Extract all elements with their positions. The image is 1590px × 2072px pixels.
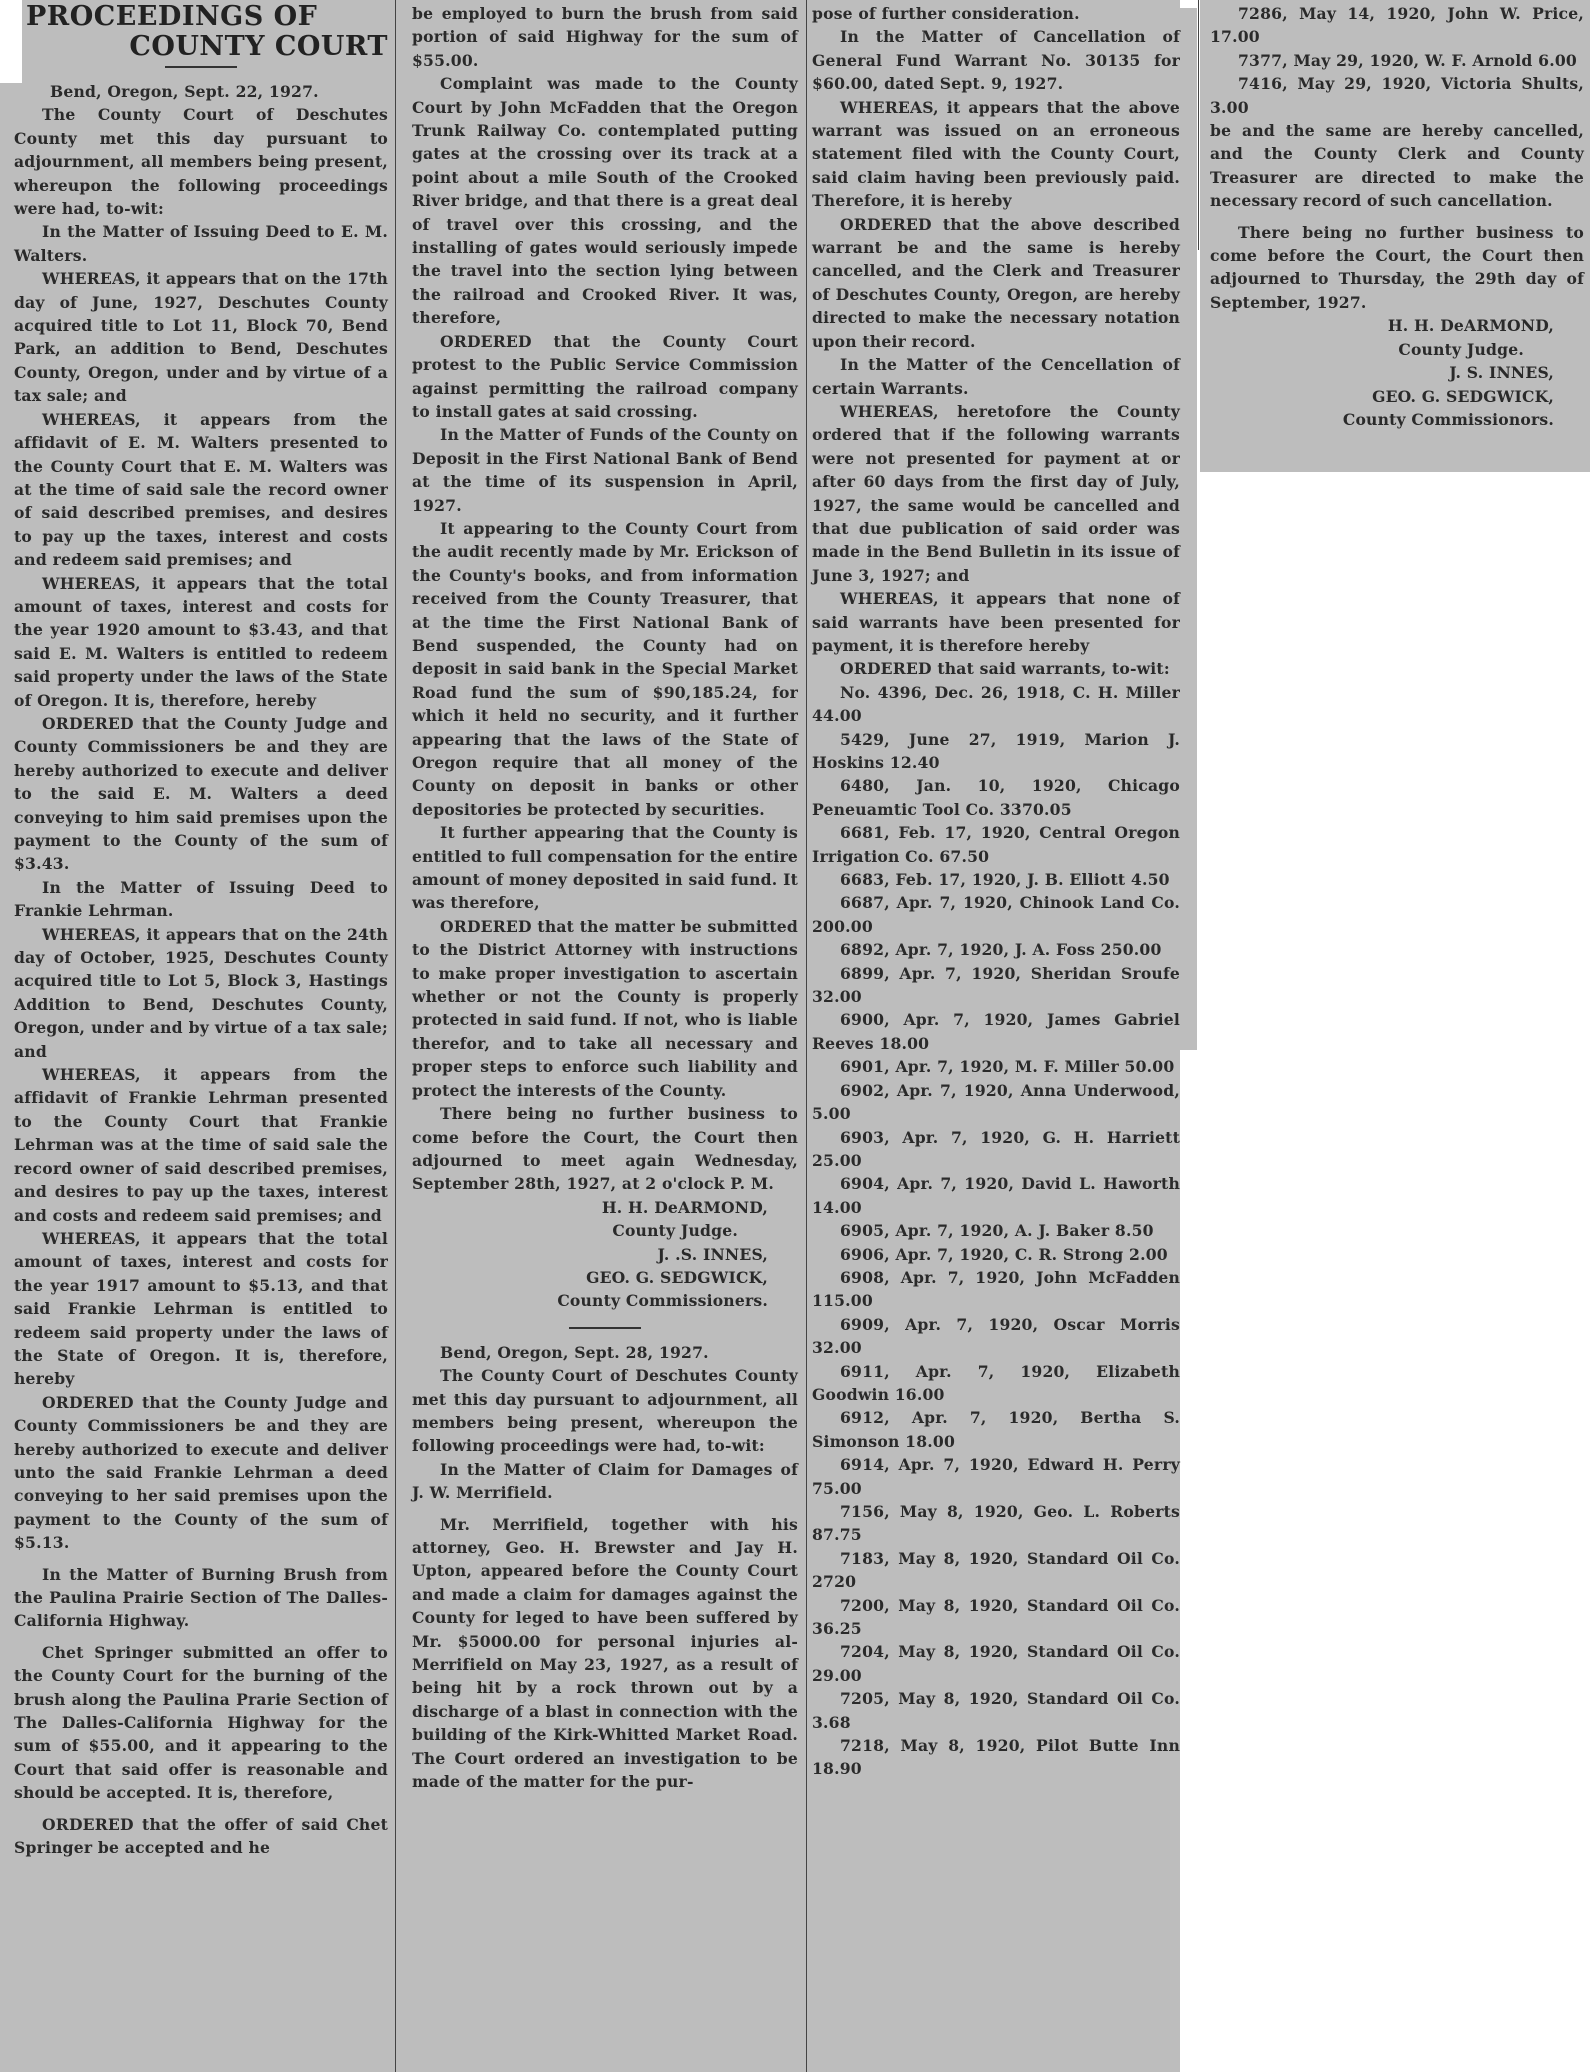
paragraph: ORDERED that the County Judge and County… [14, 1391, 388, 1555]
warrant-entry: 6480, Jan. 10, 1920, Chicago Peneuamtic … [812, 774, 1180, 821]
warrant-entry: 7416, May 29, 1920, Victoria Shults, 3.0… [1210, 72, 1584, 119]
matter-heading: In the Matter of Funds of the County on … [412, 423, 798, 517]
warrant-entry: 7204, May 8, 1920, Standard Oil Co. 29.0… [812, 1640, 1180, 1687]
signature-judge: H. H. DeARMOND, [412, 1196, 798, 1219]
warrant-entry: 6912, Apr. 7, 1920, Bertha S. Simonson 1… [812, 1406, 1180, 1453]
paragraph: ORDERED that said warrants, to-wit: [812, 657, 1180, 680]
paragraph: Chet Springer submitted an offer to the … [14, 1641, 388, 1805]
paragraph: pose of further consideration. [812, 2, 1180, 25]
signature-judge-title: County Judge. [1210, 338, 1584, 361]
warrant-entry: 6683, Feb. 17, 1920, J. B. Elliott 4.50 [812, 868, 1180, 891]
column-rule [806, 0, 807, 2072]
warrant-entry: 6899, Apr. 7, 1920, Sheridan Sroufe 32.0… [812, 962, 1180, 1009]
signature-commissioner-2: GEO. G. SEDGWICK, [412, 1266, 798, 1289]
warrant-entry: 7183, May 8, 1920, Standard Oil Co. 2720 [812, 1547, 1180, 1594]
signature-commissioners-title: County Commissioners. [412, 1289, 798, 1312]
warrant-entry: 7200, May 8, 1920, Standard Oil Co. 36.2… [812, 1594, 1180, 1641]
warrant-entry: 6901, Apr. 7, 1920, M. F. Miller 50.00 [812, 1055, 1180, 1078]
warrant-entry: 6903, Apr. 7, 1920, G. H. Harriett 25.00 [812, 1126, 1180, 1173]
white-notch-right [1180, 1050, 1200, 2072]
signature-commissioners-title: County Commissionors. [1210, 408, 1584, 431]
paragraph: ORDERED that the offer of said Chet Spri… [14, 1813, 388, 1860]
warrant-list: No. 4396, Dec. 26, 1918, C. H. Miller 44… [812, 681, 1180, 1781]
paragraph: It further appearing that the County is … [412, 821, 798, 915]
warrant-entry: 7377, May 29, 1920, W. F. Arnold 6.00 [1210, 49, 1584, 72]
warrant-entry: 6908, Apr. 7, 1920, John McFadden 115.00 [812, 1266, 1180, 1313]
article-column-2: be employed to burn the brush from said … [412, 2, 798, 1793]
paragraph: It appearing to the County Court from th… [412, 517, 798, 821]
paragraph: WHEREAS, it appears that the total amoun… [14, 572, 388, 712]
paragraph: There being no further business to come … [412, 1102, 798, 1196]
matter-heading: In the Matter of the Cencellation of cer… [812, 353, 1180, 400]
section-rule [569, 1327, 641, 1329]
article-column-3: pose of further consideration. In the Ma… [812, 2, 1180, 1781]
signature-judge: H. H. DeARMOND, [1210, 314, 1584, 337]
paragraph: WHEREAS, it appears that the above warra… [812, 96, 1180, 213]
column-rule [395, 0, 396, 2072]
warrant-entry: 6687, Apr. 7, 1920, Chinook Land Co. 200… [812, 891, 1180, 938]
warrant-entry: 5429, June 27, 1919, Marion J. Hoskins 1… [812, 728, 1180, 775]
matter-heading: In the Matter of Issuing Deed to Frankie… [14, 876, 388, 923]
paragraph: ORDERED that the matter be submitted to … [412, 915, 798, 1102]
signature-commissioner-1: J. S. INNES, [1210, 361, 1584, 384]
article-column-4: 7286, May 14, 1920, John W. Price, 17.00… [1210, 2, 1584, 431]
paragraph: The County Court of Deschutes County met… [14, 103, 388, 220]
matter-heading: In the Matter of Issuing Deed to E. M. W… [14, 220, 388, 267]
paragraph: Complaint was made to the County Court b… [412, 72, 798, 329]
warrant-entry: 7218, May 8, 1920, Pilot Butte Inn 18.90 [812, 1734, 1180, 1781]
warrant-entry: 6909, Apr. 7, 1920, Oscar Morris 32.00 [812, 1313, 1180, 1360]
paragraph: WHEREAS, it appears that the total amoun… [14, 1227, 388, 1391]
signature-commissioner-2: GEO. G. SEDGWICK, [1210, 385, 1584, 408]
warrant-list: 7286, May 14, 1920, John W. Price, 17.00… [1210, 2, 1584, 119]
warrant-entry: 6904, Apr. 7, 1920, David L. Haworth 14.… [812, 1172, 1180, 1219]
warrant-entry: 6681, Feb. 17, 1920, Central Oregon Irri… [812, 821, 1180, 868]
warrant-entry: 6911, Apr. 7, 1920, Elizabeth Goodwin 16… [812, 1360, 1180, 1407]
paragraph: ORDERED that the above described warrant… [812, 213, 1180, 353]
article-column-1: PROCEEDINGS OF COUNTY COURT Bend, Oregon… [14, 2, 388, 1859]
warrant-entry: No. 4396, Dec. 26, 1918, C. H. Miller 44… [812, 681, 1180, 728]
paragraph: There being no further business to come … [1210, 221, 1584, 315]
warrant-entry: 6892, Apr. 7, 1920, J. A. Foss 250.00 [812, 938, 1180, 961]
paragraph: Mr. Merrifield, together with his attorn… [412, 1513, 798, 1794]
white-notch-top [1180, 0, 1200, 8]
warrant-entry: 6905, Apr. 7, 1920, A. J. Baker 8.50 [812, 1219, 1180, 1242]
paragraph: WHEREAS, it appears that none of said wa… [812, 587, 1180, 657]
paragraph: be and the same are hereby cancelled, an… [1210, 119, 1584, 213]
warrant-entry: 6906, Apr. 7, 1920, C. R. Strong 2.00 [812, 1243, 1180, 1266]
headline-rule [165, 66, 237, 68]
warrant-entry: 7205, May 8, 1920, Standard Oil Co. 3.68 [812, 1687, 1180, 1734]
dateline: Bend, Oregon, Sept. 22, 1927. [14, 80, 388, 103]
paragraph: be employed to burn the brush from said … [412, 2, 798, 72]
warrant-entry: 6902, Apr. 7, 1920, Anna Underwood, 5.00 [812, 1079, 1180, 1126]
paragraph: The County Court of Deschutes County met… [412, 1364, 798, 1458]
headline-line-2: COUNTY COURT [26, 32, 388, 62]
matter-heading: In the Matter of Burning Brush from the … [14, 1563, 388, 1633]
paragraph: WHEREAS, heretofore the County ordered t… [812, 400, 1180, 587]
warrant-entry: 6914, Apr. 7, 1920, Edward H. Perry 75.0… [812, 1453, 1180, 1500]
dateline: Bend, Oregon, Sept. 28, 1927. [412, 1341, 798, 1364]
signature-commissioner-1: J. .S. INNES, [412, 1243, 798, 1266]
paragraph: WHEREAS, it appears from the affidavit o… [14, 408, 388, 572]
warrant-entry: 7156, May 8, 1920, Geo. L. Roberts 87.75 [812, 1500, 1180, 1547]
matter-heading: In the Matter of Cancellation of General… [812, 25, 1180, 95]
paragraph: WHEREAS, it appears that on the 24th day… [14, 923, 388, 1063]
paragraph: WHEREAS, it appears that on the 17th day… [14, 267, 388, 407]
matter-heading: In the Matter of Claim for Damages of J.… [412, 1458, 798, 1505]
warrant-entry: 7286, May 14, 1920, John W. Price, 17.00 [1210, 2, 1584, 49]
paragraph: WHEREAS, it appears from the affidavit o… [14, 1063, 388, 1227]
paragraph: ORDERED that the County Court protest to… [412, 330, 798, 424]
signature-judge-title: County Judge. [412, 1219, 798, 1242]
headline: PROCEEDINGS OF COUNTY COURT [26, 2, 388, 62]
warrant-entry: 6900, Apr. 7, 1920, James Gabriel Reeves… [812, 1008, 1180, 1055]
headline-line-1: PROCEEDINGS OF [26, 2, 388, 32]
column-rule [1198, 0, 1199, 250]
paragraph: ORDERED that the County Judge and County… [14, 712, 388, 876]
